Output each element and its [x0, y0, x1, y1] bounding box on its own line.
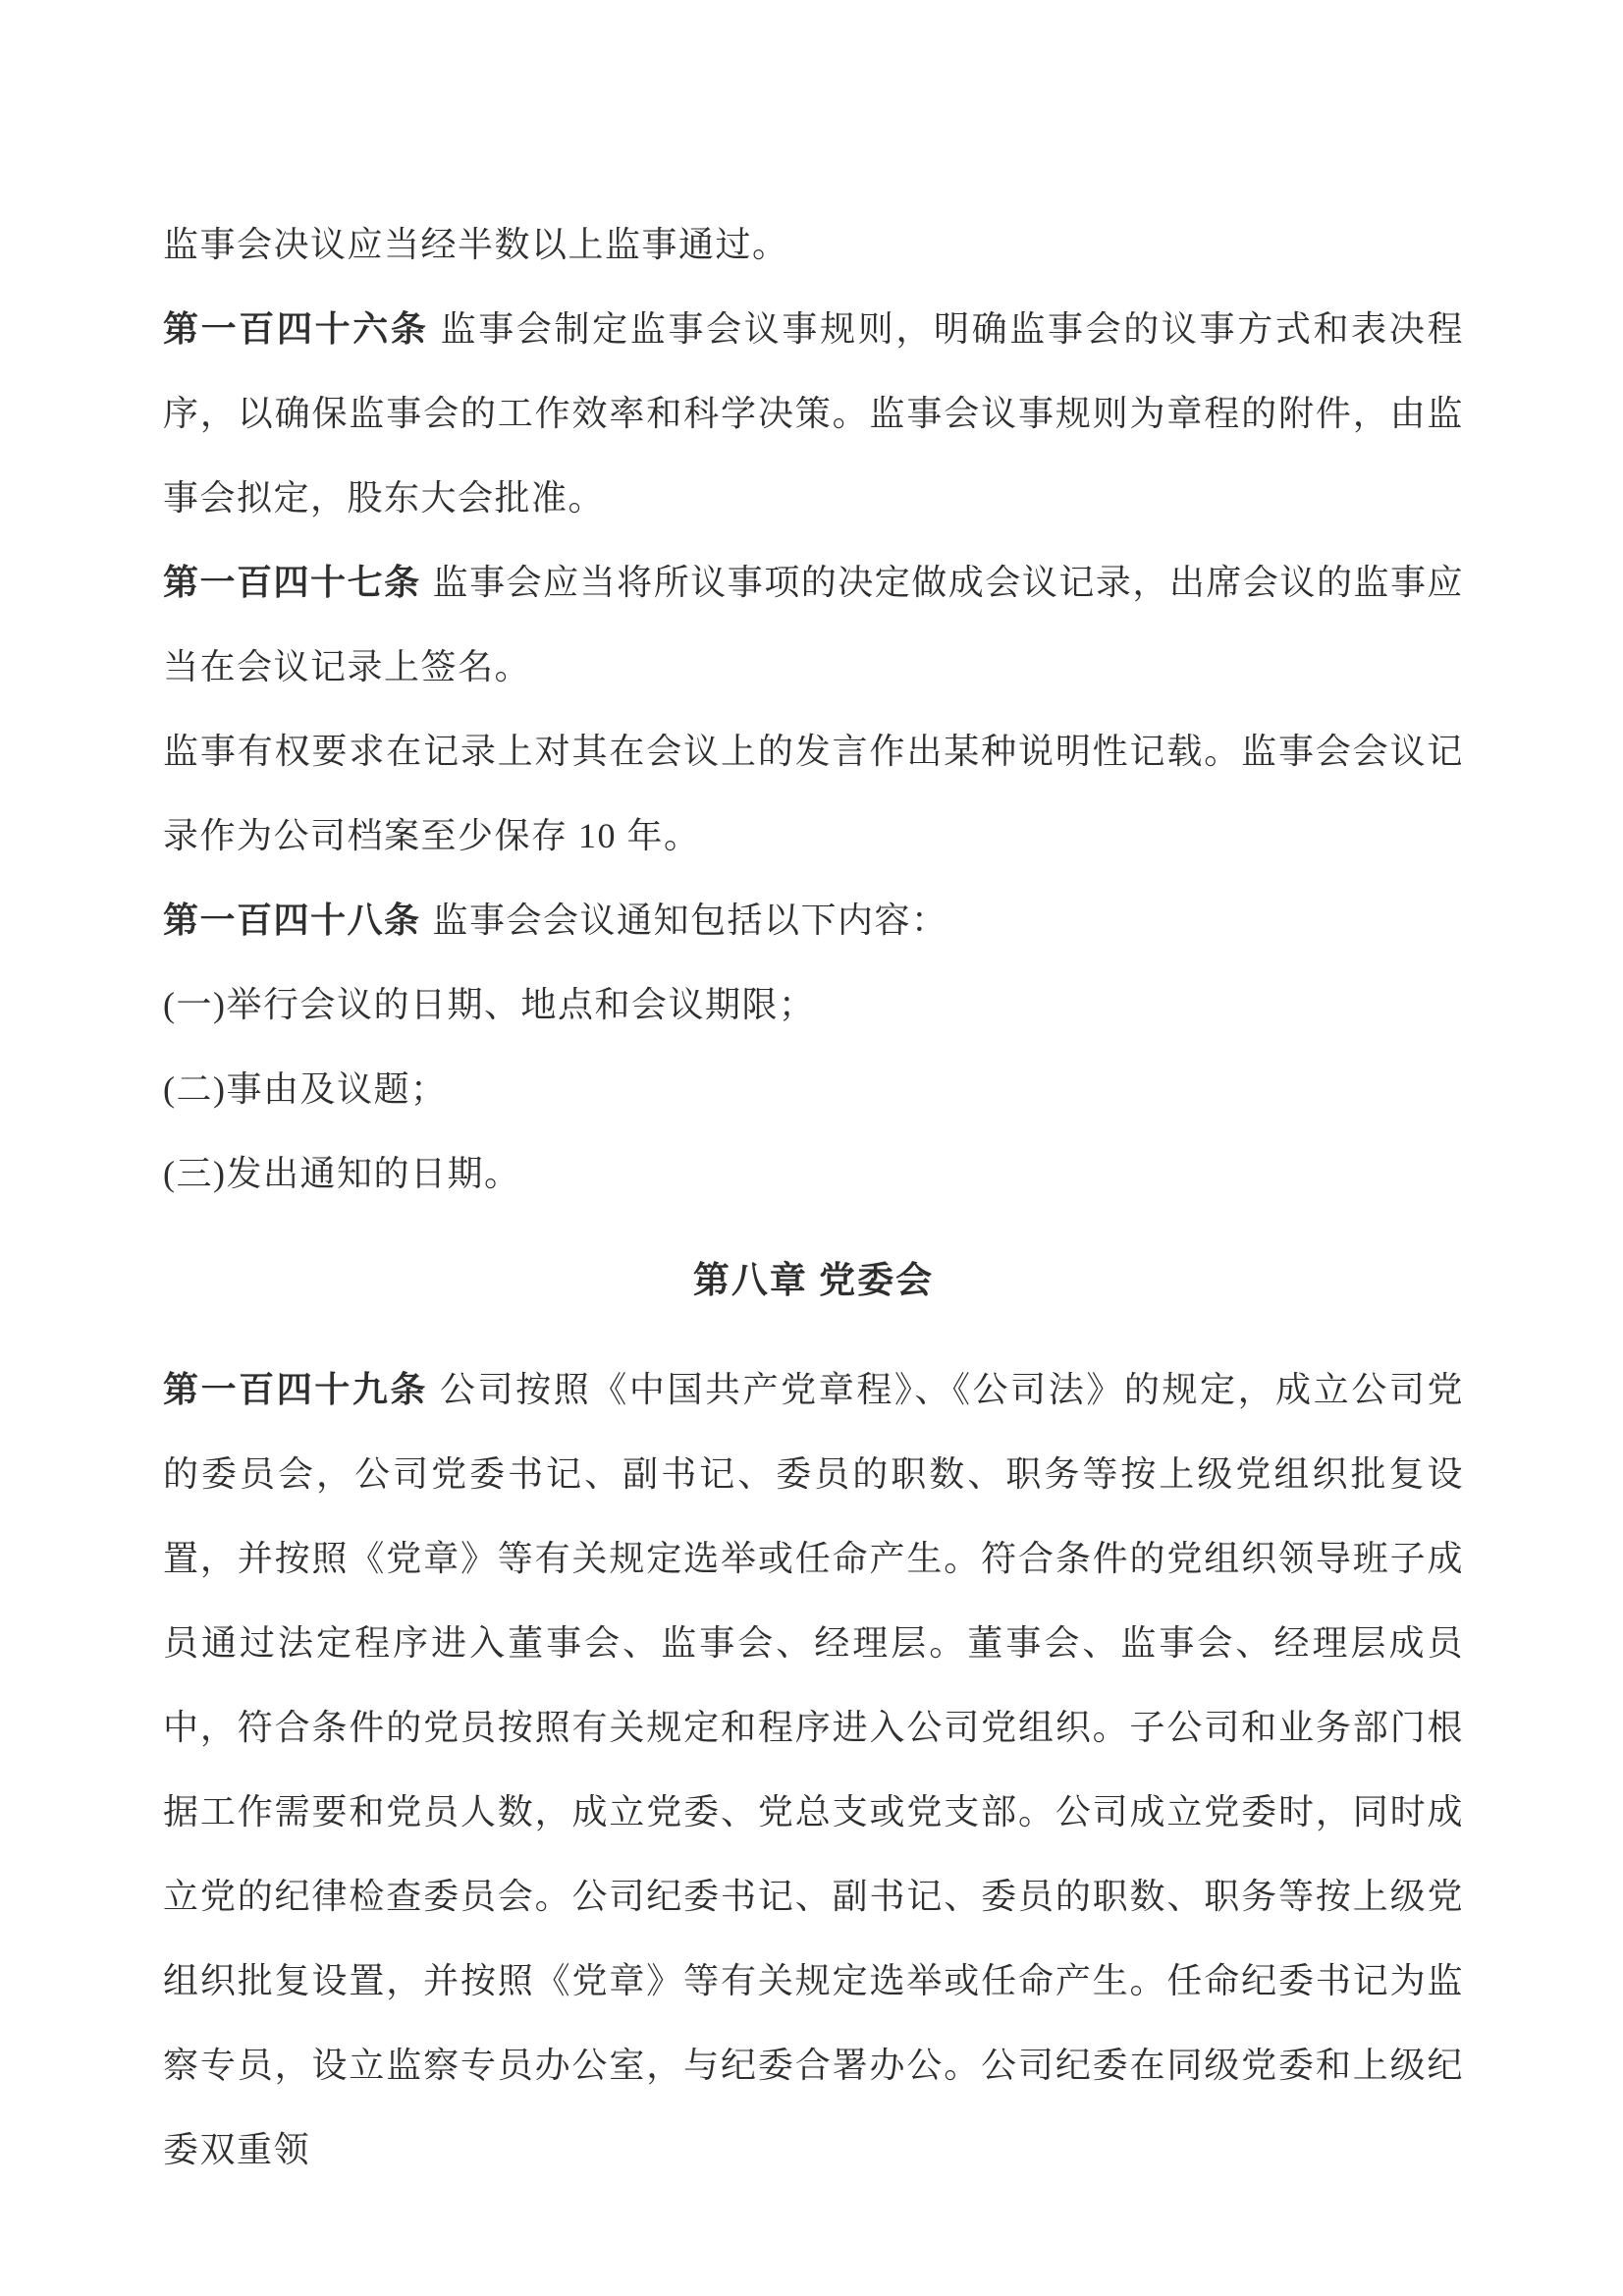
- article-number: 第一百四十八条: [163, 901, 421, 940]
- paragraph: 监事有权要求在记录上对其在会议上的发言作出某种说明性记载。监事会会议记录作为公司…: [163, 709, 1464, 878]
- document-page: 监事会决议应当经半数以上监事通过。第一百四十六条监事会制定监事会议事规则，明确监…: [0, 0, 1623, 2296]
- paragraph-text: (一)举行会议的日期、地点和会议期限；: [163, 985, 815, 1024]
- paragraph-text: 监事有权要求在记录上对其在会议上的发言作出某种说明性记载。监事会会议记录作为公司…: [163, 732, 1464, 855]
- paragraph-text: 公司按照《中国共产党章程》、《公司法》的规定，成立公司党的委员会，公司党委书记、…: [163, 1370, 1464, 2169]
- document-content: 监事会决议应当经半数以上监事通过。第一百四十六条监事会制定监事会议事规则，明确监…: [163, 202, 1464, 2192]
- paragraph-text: 监事会会议通知包括以下内容：: [433, 901, 948, 940]
- paragraph: (二)事由及议题；: [163, 1047, 1464, 1131]
- paragraph: 第一百四十七条监事会应当将所议事项的决定做成会议记录，出席会议的监事应当在会议记…: [163, 540, 1464, 709]
- paragraph: (一)举行会议的日期、地点和会议期限；: [163, 962, 1464, 1047]
- paragraph: 第一百四十八条监事会会议通知包括以下内容：: [163, 878, 1464, 962]
- paragraph: (三)发出通知的日期。: [163, 1131, 1464, 1216]
- paragraph: 第一百四十六条监事会制定监事会议事规则，明确监事会的议事方式和表决程序，以确保监…: [163, 287, 1464, 540]
- article-number: 第一百四十七条: [163, 563, 421, 602]
- paragraph: 监事会决议应当经半数以上监事通过。: [163, 202, 1464, 287]
- article-number: 第一百四十六条: [163, 309, 429, 349]
- paragraph-text: 监事会决议应当经半数以上监事通过。: [163, 225, 789, 264]
- paragraph-text: (二)事由及议题；: [163, 1069, 447, 1109]
- chapter-heading: 第八章 党委会: [163, 1239, 1464, 1324]
- paragraph: 第一百四十九条公司按照《中国共产党章程》、《公司法》的规定，成立公司党的委员会，…: [163, 1347, 1464, 2192]
- paragraph-text: (三)发出通知的日期。: [163, 1154, 520, 1193]
- article-number: 第一百四十九条: [163, 1370, 428, 1409]
